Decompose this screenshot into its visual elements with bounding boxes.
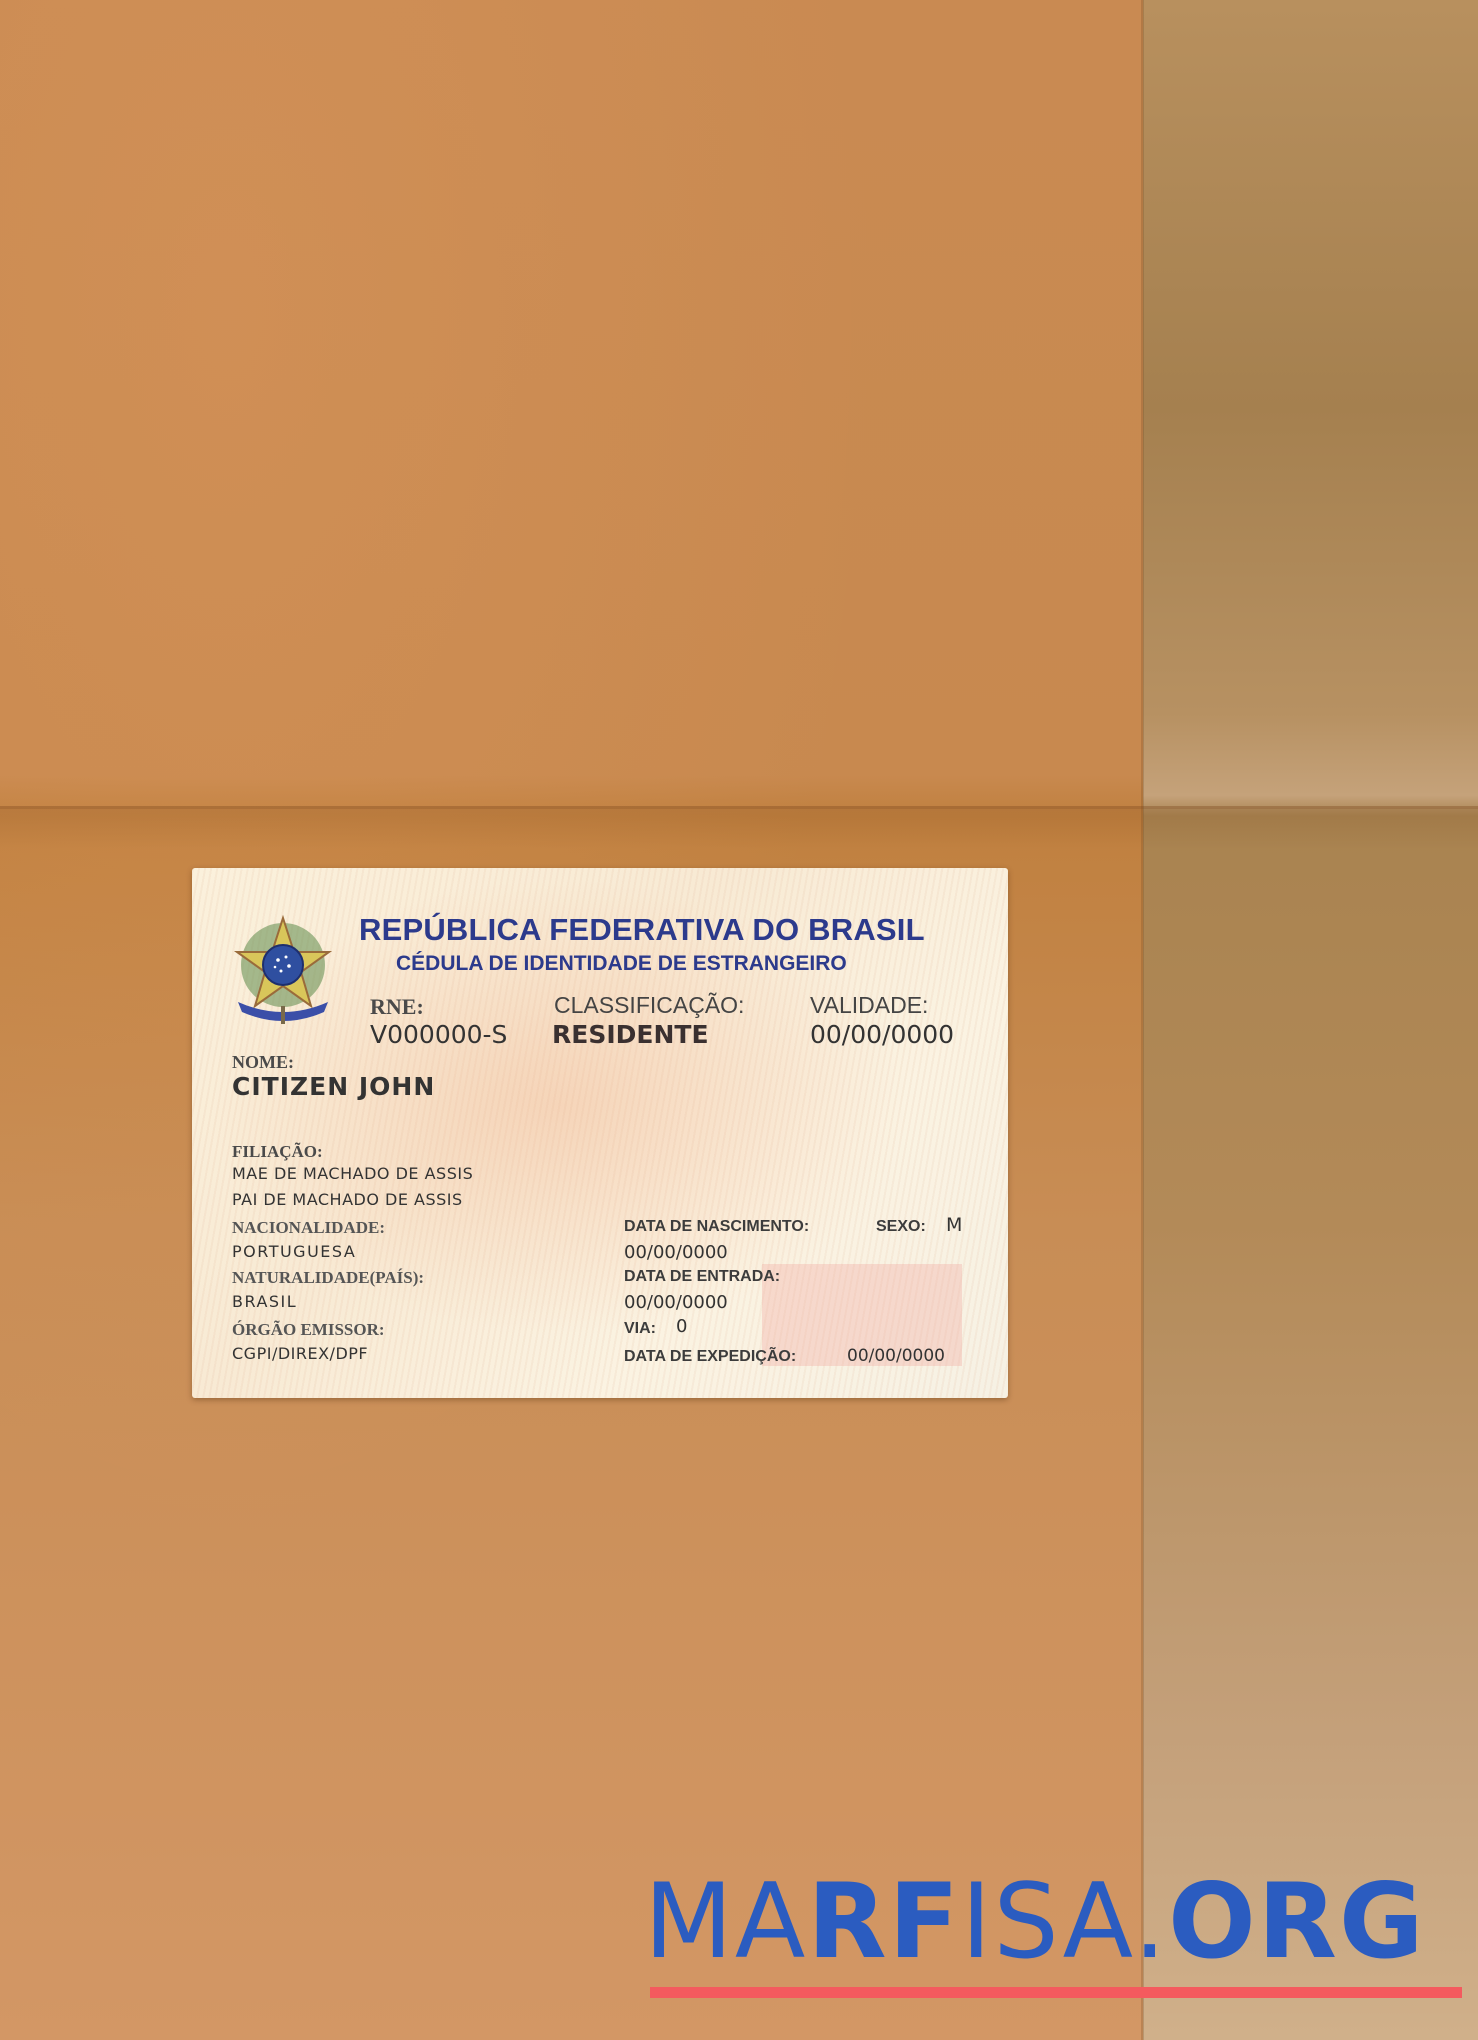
brazil-coat-of-arms-icon [228, 910, 338, 1030]
card-subtitle: CÉDULA DE IDENTIDADE DE ESTRANGEIRO [396, 952, 847, 976]
watermark-underline [650, 1987, 1462, 1998]
via-value: 0 [676, 1316, 687, 1337]
watermark-part-isa: ISA [961, 1862, 1133, 1982]
marfisa-watermark: MARFISA.ORG [644, 1872, 1426, 1972]
via-label: VIA: [624, 1320, 656, 1338]
watermark-part-dot: . [1133, 1862, 1168, 1982]
nome-label: NOME: [232, 1052, 294, 1073]
rne-value: V000000-S [370, 1020, 507, 1049]
watermark-part-rf: RF [807, 1862, 961, 1982]
nome-value: CITIZEN JOHN [232, 1072, 435, 1101]
classificacao-label: CLASSIFICAÇÃO: [554, 992, 744, 1019]
data-entrada-label: DATA DE ENTRADA: [624, 1268, 780, 1286]
watermark-part-org: ORG [1168, 1862, 1425, 1982]
rne-label: RNE: [370, 994, 424, 1020]
fold-shadow [0, 809, 1478, 849]
horizontal-fold [0, 806, 1478, 809]
filiacao-pai: PAI DE MACHADO DE ASSIS [232, 1190, 463, 1209]
naturalidade-label: NATURALIDADE(PAÍS): [232, 1268, 424, 1288]
vertical-fold [1141, 0, 1144, 2040]
filiacao-mae: MAE DE MACHADO DE ASSIS [232, 1164, 473, 1183]
naturalidade-value: BRASIL [232, 1292, 297, 1311]
orgao-emissor-value: CGPI/DIREX/DPF [232, 1344, 368, 1363]
sexo-value: M [946, 1214, 962, 1236]
data-entrada-value: 00/00/0000 [624, 1292, 728, 1313]
sexo-label: SEXO: [876, 1218, 926, 1236]
watermark-part-ma: MA [644, 1862, 807, 1982]
data-expedicao-value: 00/00/0000 [847, 1346, 945, 1366]
envelope-background-right [1143, 0, 1478, 2040]
nacionalidade-value: PORTUGUESA [232, 1242, 356, 1261]
foreigner-id-card: REPÚBLICA FEDERATIVA DO BRASIL CÉDULA DE… [192, 868, 1008, 1398]
validade-label: VALIDADE: [810, 992, 928, 1019]
data-nascimento-label: DATA DE NASCIMENTO: [624, 1218, 809, 1236]
data-expedicao-label: DATA DE EXPEDIÇÃO: [624, 1348, 796, 1366]
filiacao-label: FILIAÇÃO: [232, 1142, 323, 1162]
data-nascimento-value: 00/00/0000 [624, 1242, 728, 1263]
nacionalidade-label: NACIONALIDADE: [232, 1218, 385, 1238]
orgao-emissor-label: ÓRGÃO EMISSOR: [232, 1320, 385, 1340]
card-title: REPÚBLICA FEDERATIVA DO BRASIL [359, 912, 925, 948]
validade-value: 00/00/0000 [810, 1020, 954, 1049]
classificacao-value: RESIDENTE [552, 1020, 709, 1049]
